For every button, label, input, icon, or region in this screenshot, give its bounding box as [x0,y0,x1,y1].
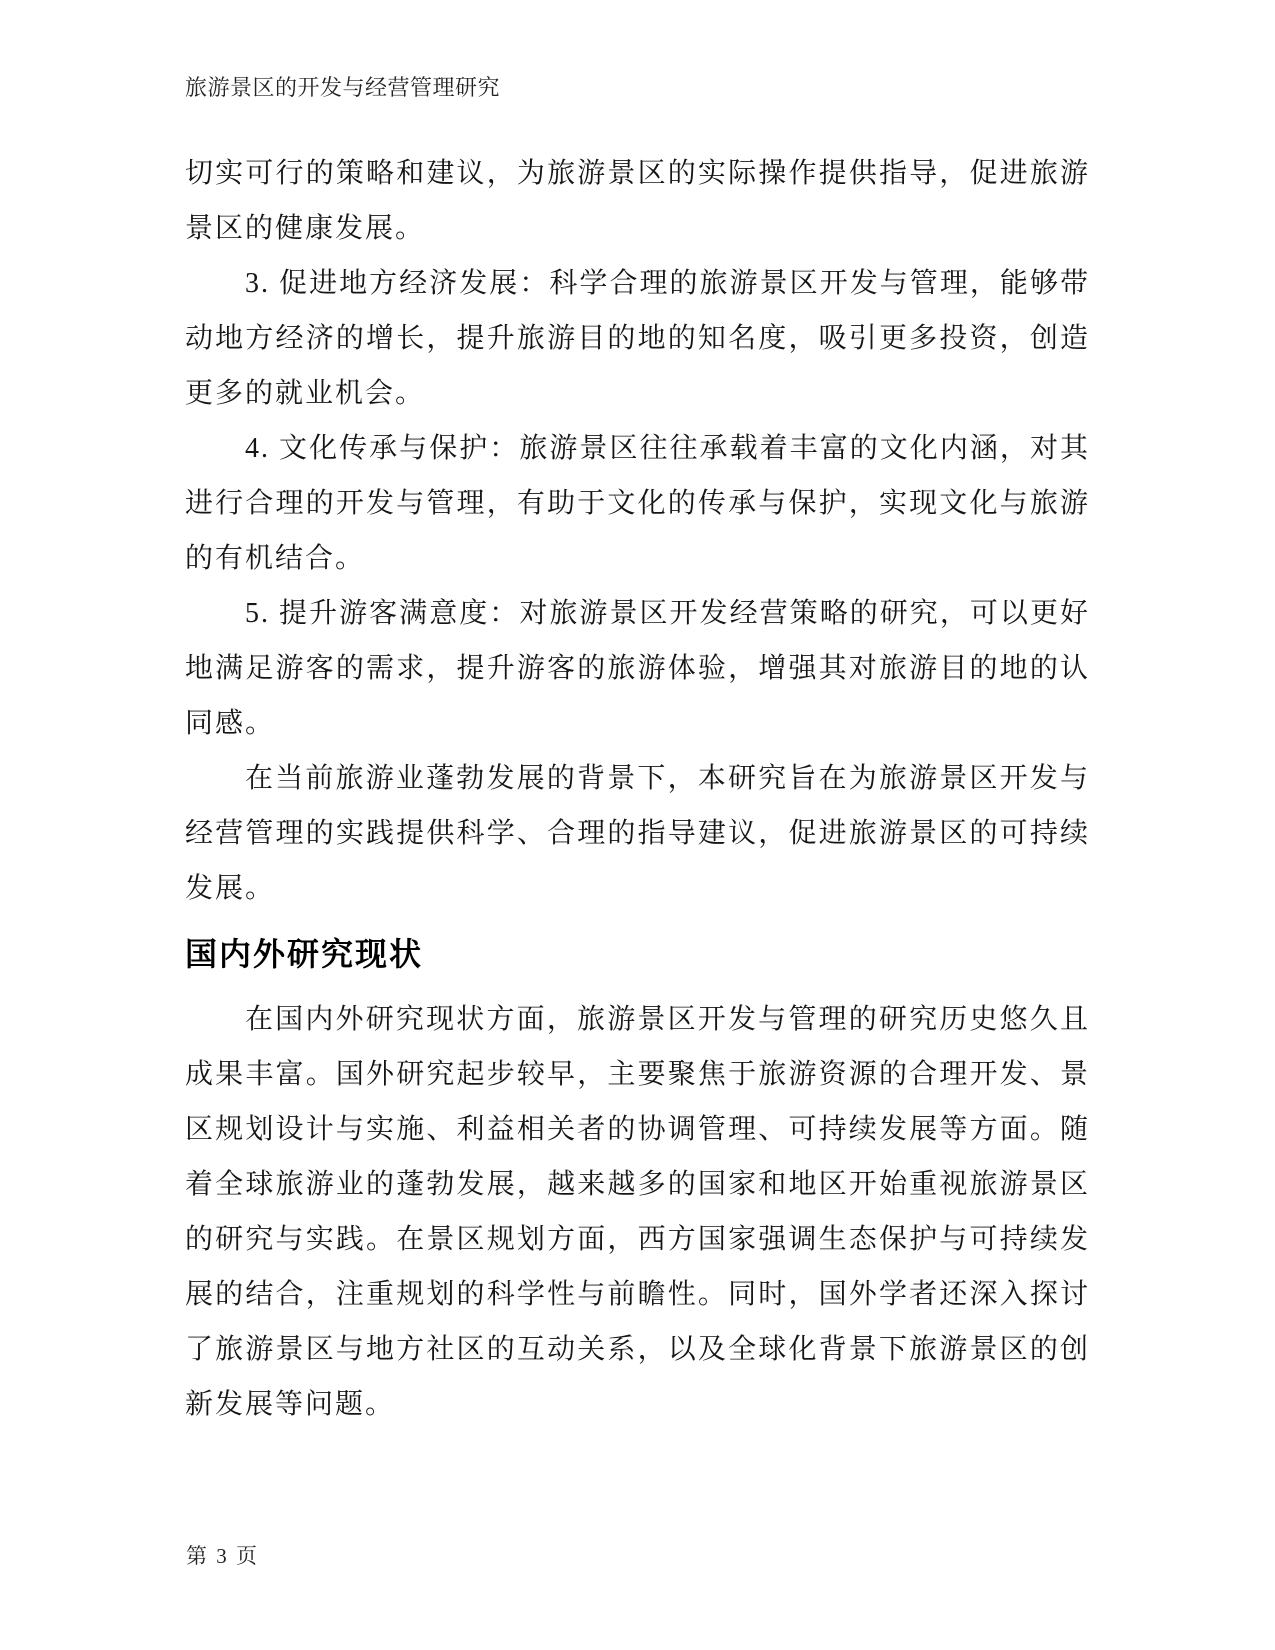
section-heading: 国内外研究现状 [185,916,1090,992]
paragraph-item-5: 5. 提升游客满意度：对旅游景区开发经营策略的研究，可以更好地满足游客的需求，提… [185,586,1090,751]
document-page: 旅游景区的开发与经营管理研究 切实可行的策略和建议，为旅游景区的实际操作提供指导… [0,0,1275,1650]
page-header-title: 旅游景区的开发与经营管理研究 [185,74,1090,101]
document-body: 切实可行的策略和建议，为旅游景区的实际操作提供指导，促进旅游景区的健康发展。 3… [185,146,1090,1432]
paragraph-research-status: 在国内外研究现状方面，旅游景区开发与管理的研究历史悠久且成果丰富。国外研究起步较… [185,992,1090,1432]
paragraph-summary: 在当前旅游业蓬勃发展的背景下，本研究旨在为旅游景区开发与经营管理的实践提供科学、… [185,751,1090,916]
page-number-footer: 第 3 页 [186,1543,259,1569]
paragraph-continuation: 切实可行的策略和建议，为旅游景区的实际操作提供指导，促进旅游景区的健康发展。 [185,146,1090,256]
paragraph-item-3: 3. 促进地方经济发展：科学合理的旅游景区开发与管理，能够带动地方经济的增长，提… [185,256,1090,421]
paragraph-item-4: 4. 文化传承与保护：旅游景区往往承载着丰富的文化内涵，对其进行合理的开发与管理… [185,421,1090,586]
